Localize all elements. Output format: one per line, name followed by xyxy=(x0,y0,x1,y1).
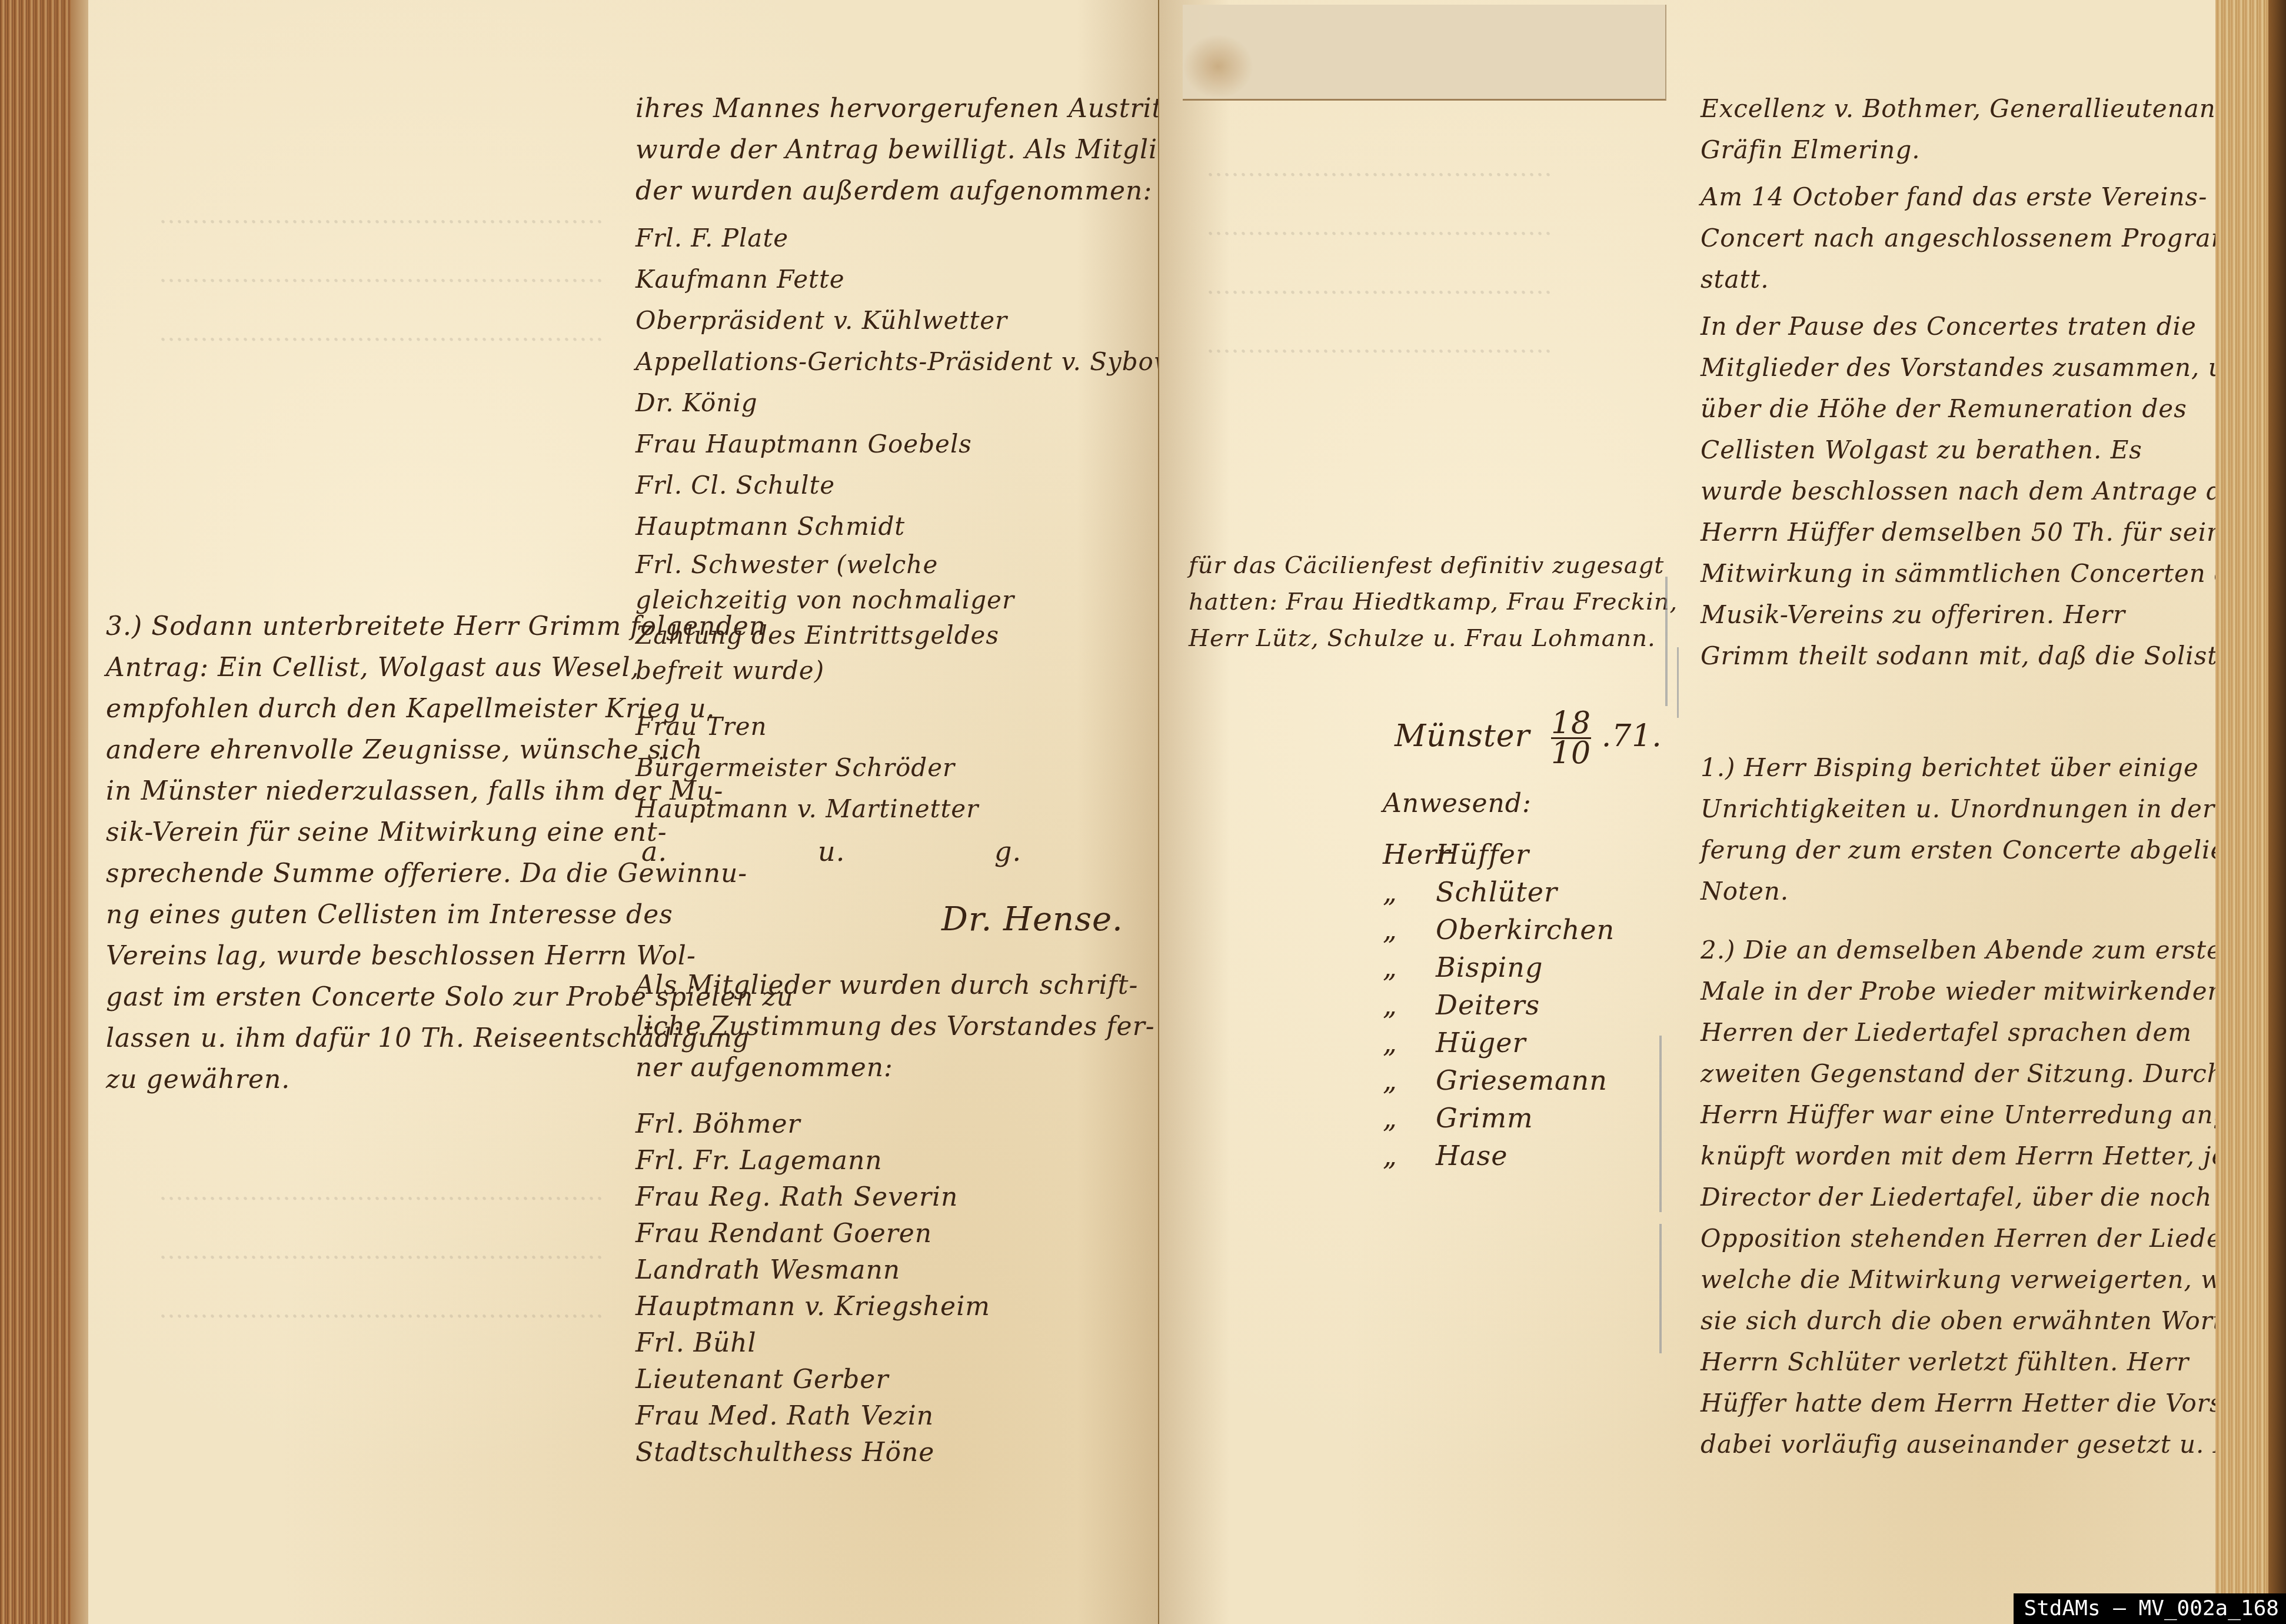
text-line: Noten. xyxy=(1701,871,2286,912)
pencil-margin-mark xyxy=(1665,577,1668,706)
session-date-month: 10 xyxy=(1551,739,1591,767)
text-line: Grimm theilt sodann mit, daß die Soliste… xyxy=(1701,635,2260,677)
member-entry: Oberpräsident v. Kühlwetter xyxy=(635,300,1176,341)
attendee-prefix: „ xyxy=(1383,873,1436,911)
member-entry: Frl. Böhmer xyxy=(635,1106,990,1143)
member-entry: Landrath Wesmann xyxy=(635,1252,990,1289)
member-entry: Frl. Bühl xyxy=(635,1325,990,1362)
signature: Dr. Hense. xyxy=(941,900,1123,939)
text-line: welche die Mitwirkung verweigerten, weil xyxy=(1701,1259,2286,1300)
session-date-fraction: 18 10 xyxy=(1551,709,1591,767)
member-entry: Frl. Schwester (welche gleichzeitig von … xyxy=(635,547,1083,688)
bleed-through-text: ……………………………………………… xyxy=(159,259,604,288)
member-entry: Lieutenant Gerber xyxy=(635,1362,990,1398)
member-entry: Bürgermeister Schröder xyxy=(635,747,1176,788)
member-entry: Frau Rendant Goeren xyxy=(635,1216,990,1252)
session-date-day: 18 xyxy=(1551,709,1591,739)
text-line: Herrn Hüffer demselben 50 Th. für seine xyxy=(1701,512,2260,553)
bleed-through-text: …………………………………… xyxy=(1206,153,1552,182)
attendee-row: HerrHüffer xyxy=(1383,836,1615,873)
attendee-prefix: „ xyxy=(1383,1137,1436,1174)
bleed-through-text: ……………………………………………… xyxy=(159,1177,604,1206)
book-spread: ……………………………………………… ……………………………………………… ……… xyxy=(0,0,2286,1624)
text-line: Gräfin Elmering. xyxy=(1701,129,2227,171)
member-entry: Frau Hauptmann Goebels xyxy=(635,424,1176,465)
attendee-name: Deiters xyxy=(1436,989,1540,1021)
attendee-name: Griesemann xyxy=(1436,1064,1608,1096)
attendee-prefix: „ xyxy=(1383,1061,1436,1099)
member-entry: Frau Med. Rath Vezin xyxy=(635,1398,990,1435)
text-line: Herrn Schlüter verletzt fühlten. Herr xyxy=(1701,1342,2286,1383)
session-date-year: .71. xyxy=(1602,718,1662,754)
text-line: wurde beschlossen nach dem Antrage des xyxy=(1701,471,2260,512)
attendee-prefix: „ xyxy=(1383,911,1436,949)
session-place: Münster xyxy=(1395,718,1530,754)
text-line: Opposition stehenden Herren der Liederta… xyxy=(1701,1218,2286,1259)
attendee-prefix: „ xyxy=(1383,1099,1436,1137)
bleed-through-text: ……………………………………………… xyxy=(159,200,604,229)
attendee-name: Hüffer xyxy=(1436,838,1529,870)
text-line: 1.) Herr Bisping berichtet über einige xyxy=(1701,747,2286,788)
agenda-item-2: 2.) Die an demselben Abende zum ersten M… xyxy=(1701,930,2286,1465)
text-line: knüpft worden mit dem Herrn Hetter, jetz… xyxy=(1701,1136,2286,1177)
text-line: Director der Liedertafel, über die noch … xyxy=(1701,1177,2286,1218)
right-page: …………………………………… …………………………………… …………………………… xyxy=(1159,0,2215,1624)
members-intro-2: Als Mitglieder wurden durch schrift- lic… xyxy=(635,965,1155,1089)
text-line: Herr Lütz, Schulze u. Frau Lohmann. xyxy=(1189,620,1678,657)
text-line: ner aufgenommen: xyxy=(635,1047,1155,1089)
attendee-name: Oberkirchen xyxy=(1436,914,1615,946)
text-line: ihres Mannes hervorgerufenen Austritt xyxy=(635,88,1183,129)
member-entry: Hauptmann v. Kriegsheim xyxy=(635,1289,990,1325)
members-intro: ihres Mannes hervorgerufenen Austritt wu… xyxy=(635,88,1183,212)
text-line: liche Zustimmung des Vorstandes fer- xyxy=(635,1006,1155,1047)
bleed-through-text: …………………………………… xyxy=(1206,330,1552,358)
stain xyxy=(1183,34,1253,99)
text-line: dabei vorläufig auseinander gesetzt u. H… xyxy=(1701,1424,2286,1465)
attendee-row: „Schlüter xyxy=(1383,873,1615,911)
text-line: Cellisten Wolgast zu berathen. Es xyxy=(1701,430,2260,471)
attendee-row: „Hüger xyxy=(1383,1024,1615,1061)
attendance-label: Anwesend: xyxy=(1383,788,1532,818)
text-line: Mitwirkung in sämmtlichen Concerten des xyxy=(1701,553,2260,594)
member-entry: Frl. Fr. Lagemann xyxy=(635,1143,990,1179)
attendee-row: „Oberkirchen xyxy=(1383,911,1615,949)
bleed-through-text: …………………………………… xyxy=(1206,271,1552,299)
text-line: 2.) Die an demselben Abende zum ersten xyxy=(1701,930,2286,971)
member-entry: Kaufmann Fette xyxy=(635,259,1176,300)
left-page: ……………………………………………… ……………………………………………… ……… xyxy=(88,0,1159,1624)
attendee-name: Hüger xyxy=(1436,1027,1526,1059)
attendee-row: „Griesemann xyxy=(1383,1061,1615,1099)
member-entry: Frau Reg. Rath Severin xyxy=(635,1179,990,1216)
members-list-2: Frl. Böhmer Frl. Fr. Lagemann Frau Reg. … xyxy=(635,1106,990,1471)
text-line: ferung der zum ersten Concerte abgeliefe… xyxy=(1701,830,2286,871)
text-line: Als Mitglieder wurden durch schrift- xyxy=(635,965,1155,1006)
attendee-prefix: „ xyxy=(1383,986,1436,1024)
signature-abbrev-u: u. xyxy=(818,836,845,867)
text-line: Am 14 October fand das erste Vereins- xyxy=(1701,177,2274,218)
carryover-text: für das Cäcilienfest definitiv zugesagt … xyxy=(1189,547,1678,657)
attendee-prefix: Herr xyxy=(1383,836,1436,873)
bleed-through-text: …………………………………… xyxy=(1206,212,1552,241)
attendee-row: „Grimm xyxy=(1383,1099,1615,1137)
session-header: Münster 18 10 .71. xyxy=(1395,709,1662,767)
bleed-through-text: ……………………………………………… xyxy=(159,1294,604,1323)
text-line: Musik-Vereins zu offeriren. Herr xyxy=(1701,594,2260,635)
attendee-list: HerrHüffer „Schlüter „Oberkirchen „Bispi… xyxy=(1383,836,1615,1174)
attendee-row: „Hase xyxy=(1383,1137,1615,1174)
signature-abbrev-g: g. xyxy=(994,836,1021,867)
attendee-name: Hase xyxy=(1436,1140,1508,1172)
text-line: sprechende Summe offeriere. Da die Gewin… xyxy=(106,853,794,894)
book-cover-edge xyxy=(2268,0,2286,1624)
text-line: statt. xyxy=(1701,259,2274,300)
signature-abbrev-a: a. xyxy=(641,836,667,867)
text-line: Mitglieder des Vorstandes zusammen, um xyxy=(1701,347,2260,388)
pencil-margin-mark xyxy=(1659,1036,1662,1212)
pencil-margin-mark xyxy=(1677,647,1679,718)
attendee-row: „Deiters xyxy=(1383,986,1615,1024)
attendee-name: Bisping xyxy=(1436,951,1543,983)
member-entry: Hauptmann v. Martinetter xyxy=(635,788,1176,830)
agenda-item-1: 1.) Herr Bisping berichtet über einige U… xyxy=(1701,747,2286,912)
text-line: ng eines guten Cellisten im Interesse de… xyxy=(106,894,794,936)
text-line: Unrichtigkeiten u. Unordnungen in der Li… xyxy=(1701,788,2286,830)
text-line: über die Höhe der Remuneration des xyxy=(1701,388,2260,430)
text-line: In der Pause des Concertes traten die xyxy=(1701,306,2260,347)
member-entry: Dr. König xyxy=(635,382,1176,424)
attendee-name: Schlüter xyxy=(1436,876,1558,908)
pause-paragraph: In der Pause des Concertes traten die Mi… xyxy=(1701,306,2260,677)
attendee-name: Grimm xyxy=(1436,1102,1533,1134)
text-line: Excellenz v. Bothmer, Generallieutenant xyxy=(1701,88,2227,129)
text-line: Hüffer hatte dem Herrn Hetter die Vorsch… xyxy=(1701,1383,2286,1424)
member-entry: Frau Tren xyxy=(635,706,1176,747)
gutter-shadow xyxy=(1159,0,1230,1624)
text-line: der wurden außerdem aufgenommen: xyxy=(635,171,1183,212)
text-line: sie sich durch die oben erwähnten Worte … xyxy=(1701,1300,2286,1342)
attendee-row: „Bisping xyxy=(1383,949,1615,986)
text-line: für das Cäcilienfest definitiv zugesagt xyxy=(1189,547,1678,584)
attendee-prefix: „ xyxy=(1383,949,1436,986)
text-line: hatten: Frau Hiedtkamp, Frau Freckin, xyxy=(1189,584,1678,620)
member-entry: Frl. F. Plate xyxy=(635,218,1176,259)
member-entry: Frl. Cl. Schulte xyxy=(635,465,1176,506)
concert-paragraph: Am 14 October fand das erste Vereins- Co… xyxy=(1701,177,2274,300)
pasted-paper-patch xyxy=(1183,5,1666,101)
text-line: Herrn Hüffer war eine Unterredung ange- xyxy=(1701,1094,2286,1136)
member-entry: Stadtschulthess Höne xyxy=(635,1435,990,1471)
text-line: Male in der Probe wieder mitwirkenden xyxy=(1701,971,2286,1012)
bleed-through-text: ……………………………………………… xyxy=(159,1236,604,1264)
text-line: zweiten Gegenstand der Sitzung. Durch de… xyxy=(1701,1053,2286,1094)
text-line: Herren der Liedertafel sprachen dem xyxy=(1701,1012,2286,1053)
bleed-through-text: ……………………………………………… xyxy=(159,318,604,347)
text-line: wurde der Antrag bewilligt. Als Mitglie- xyxy=(635,129,1183,171)
text-line: Concert nach angeschlossenem Programme xyxy=(1701,218,2274,259)
member-entry: Hauptmann Schmidt xyxy=(635,506,1176,547)
attendee-prefix: „ xyxy=(1383,1024,1436,1061)
pencil-margin-mark xyxy=(1659,1224,1662,1353)
members-list-1: Frl. F. Plate Kaufmann Fette Oberpräside… xyxy=(635,218,1176,830)
member-entry: Appellations-Gerichts-Präsident v. Sybow xyxy=(635,341,1176,382)
top-names: Excellenz v. Bothmer, Generallieutenant … xyxy=(1701,88,2227,171)
archive-caption: StdAMs – MV_002a_168 xyxy=(2014,1593,2286,1624)
